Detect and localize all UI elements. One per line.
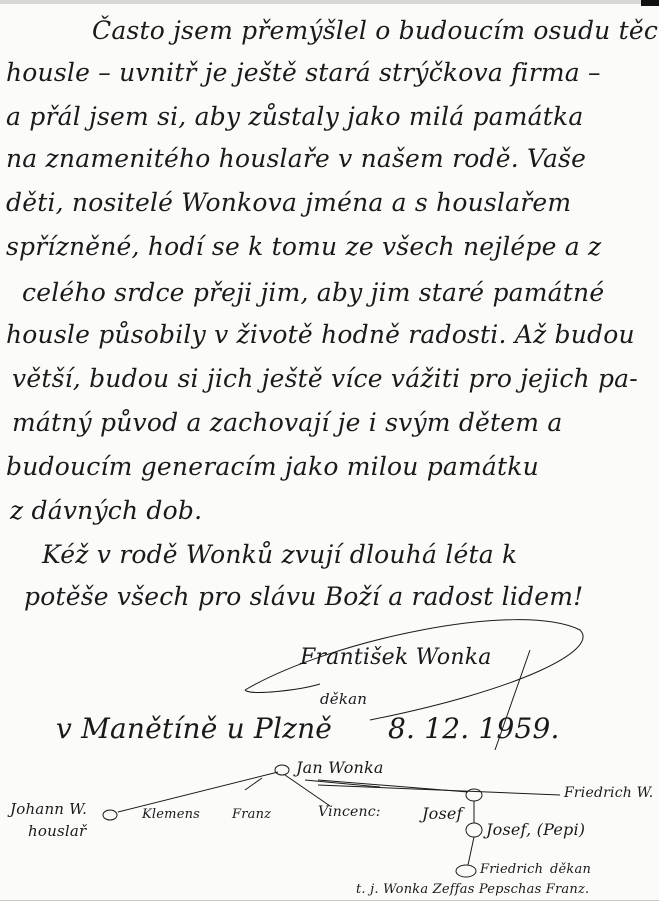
tree-node-friedrich-role: děkan [550,862,591,877]
tree-node-franz: Franz [232,807,271,822]
scanned-letter-page: Často jsem přemýšlel o budoucím osudu tě… [0,0,659,922]
tree-node-josef-pepi: Josef, (Pepi) [486,820,585,839]
tree-node-vincenc: Vincenc: [318,804,381,820]
tree-root-jan-wonka: Jan Wonka [296,758,384,777]
tree-node-klemens: Klemens [142,807,200,822]
family-tree-diagram [0,0,659,922]
scan-bottom-edge [0,900,659,922]
tree-node-friedrich: Friedrich [480,862,543,877]
tree-node-johann-role: houslař [28,822,86,840]
tree-node-johann: Johann W. [10,800,87,818]
tree-node-josef: Josef [422,804,463,823]
tree-node-friedrich-w: Friedrich W. [564,785,653,801]
tree-footer-note: t. j. Wonka Zeffas Pepschas Franz. [356,882,589,897]
